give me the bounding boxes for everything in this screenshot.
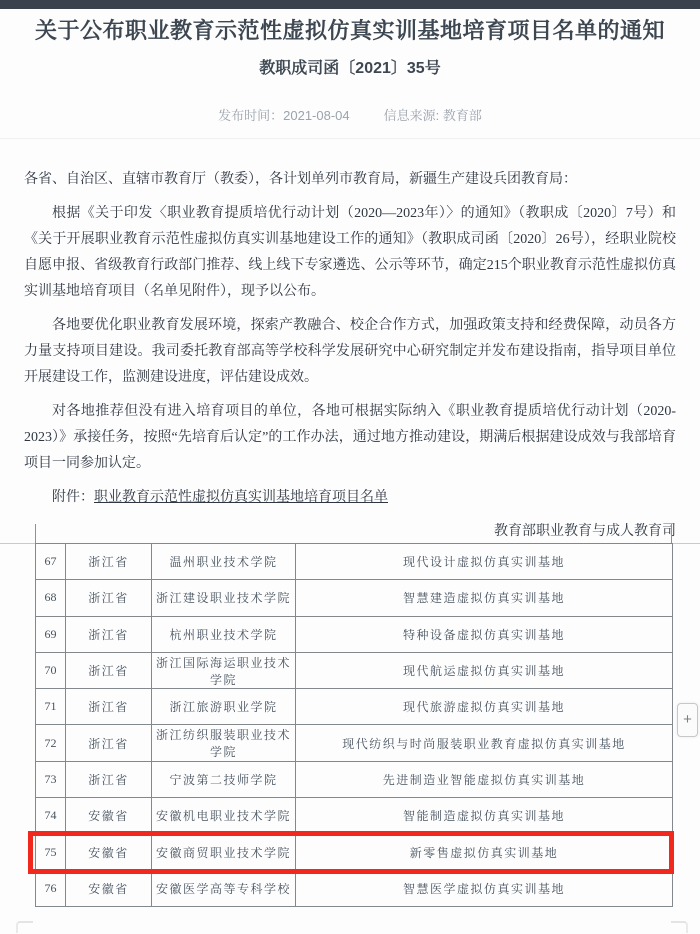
cell-project: 智能制造虚拟仿真实训基地 (296, 798, 673, 834)
cell-serial-number: 71 (36, 689, 66, 725)
cell-school: 浙江国际海运职业技术学院 (152, 652, 296, 688)
publish-info: 发布时间：2021-08-04信息来源: 教育部 (0, 105, 700, 124)
cell-project: 智慧建造虚拟仿真实训基地 (296, 580, 673, 616)
table-row[interactable]: 73 浙江省 宁波第二技师学院 先进制造业智能虚拟仿真实训基地 (36, 761, 673, 797)
publish-date: 2021-08-04 (283, 108, 350, 123)
table-row[interactable]: 68 浙江省 浙江建设职业技术学院 智慧建造虚拟仿真实训基地 (36, 580, 673, 616)
cell-school: 浙江纺织服装职业技术学院 (152, 725, 296, 761)
next-element-corner-left (16, 921, 33, 933)
cell-school: 浙江建设职业技术学院 (152, 580, 296, 616)
notice-page: 关于公布职业教育示范性虚拟仿真实训基地培育项目名单的通知 教职成司函〔2021〕… (0, 0, 700, 934)
source-label: 信息来源: (384, 108, 440, 123)
cell-school: 安徽医学高等专科学校 (152, 870, 296, 906)
attachment-line: 附件：职业教育示范性虚拟仿真实训基地培育项目名单 (24, 485, 676, 511)
table-row[interactable]: 70 浙江省 浙江国际海运职业技术学院 现代航运虚拟仿真实训基地 (36, 652, 673, 688)
cell-school: 杭州职业技术学院 (152, 616, 296, 652)
publish-time-label: 发布时间： (218, 108, 283, 123)
table-cropped-row-above (35, 524, 672, 543)
salutation: 各省、自治区、直辖市教育厅（教委），各计划单列市教育局，新疆生产建设兵团教育局： (24, 167, 676, 193)
source-value: 教育部 (443, 108, 482, 123)
cell-province: 浙江省 (66, 616, 152, 652)
cell-project: 现代设计虚拟仿真实训基地 (296, 544, 673, 580)
cell-province: 浙江省 (66, 652, 152, 688)
notice-body: 各省、自治区、直辖市教育厅（教委），各计划单列市教育局，新疆生产建设兵团教育局：… (0, 167, 700, 545)
top-bar (0, 0, 700, 9)
cell-province: 浙江省 (66, 544, 152, 580)
table-row[interactable]: 74 安徽省 安徽机电职业技术学院 智能制造虚拟仿真实训基地 (36, 798, 673, 834)
cell-serial-number: 76 (36, 870, 66, 906)
cell-project: 智慧医学虚拟仿真实训基地 (296, 870, 673, 906)
cell-serial-number: 74 (36, 798, 66, 834)
paragraph-followup: 对各地推荐但没有进入培育项目的单位，各地可根据实际纳入《职业教育提质培优行动计划… (24, 399, 676, 477)
cell-school: 浙江旅游职业学院 (152, 689, 296, 725)
cell-project: 现代航运虚拟仿真实训基地 (296, 652, 673, 688)
cell-school: 温州职业技术学院 (152, 544, 296, 580)
cell-project: 特种设备虚拟仿真实训基地 (296, 616, 673, 652)
paragraph-support: 各地要优化职业教育发展环境，探索产教融合、校企合作方式，加强政策支持和经费保障，… (24, 313, 676, 391)
cell-school: 宁波第二技师学院 (152, 761, 296, 797)
header-divider (0, 138, 700, 139)
paragraph-basis: 根据《关于印发〈职业教育提质培优行动计划（2020—2023年）〉的通知》（教职… (24, 201, 676, 305)
attachment-table-viewer: 67 浙江省 温州职业技术学院 现代设计虚拟仿真实训基地 68 浙江省 浙江建设… (35, 543, 673, 907)
cell-province: 浙江省 (66, 761, 152, 797)
attachment-label: 附件： (52, 490, 94, 505)
cell-serial-number: 67 (36, 544, 66, 580)
cell-serial-number: 69 (36, 616, 66, 652)
table-row[interactable]: 76 安徽省 安徽医学高等专科学校 智慧医学虚拟仿真实训基地 (36, 870, 673, 906)
cell-school: 安徽机电职业技术学院 (152, 798, 296, 834)
table-row-highlighted[interactable]: 75 安徽省 安徽商贸职业技术学院 新零售虚拟仿真实训基地 (36, 834, 673, 870)
cell-serial-number: 73 (36, 761, 66, 797)
cell-province: 安徽省 (66, 798, 152, 834)
table-row[interactable]: 69 浙江省 杭州职业技术学院 特种设备虚拟仿真实训基地 (36, 616, 673, 652)
cell-project: 现代旅游虚拟仿真实训基地 (296, 689, 673, 725)
cell-serial-number: 68 (36, 580, 66, 616)
cell-project: 先进制造业智能虚拟仿真实训基地 (296, 761, 673, 797)
cell-serial-number: 75 (36, 834, 66, 870)
table-row[interactable]: 72 浙江省 浙江纺织服装职业技术学院 现代纺织与时尚服装职业教育虚拟仿真实训基… (36, 725, 673, 761)
document-number: 教职成司函〔2021〕35号 (0, 55, 700, 78)
cell-province: 安徽省 (66, 870, 152, 906)
cell-project: 新零售虚拟仿真实训基地 (296, 834, 673, 870)
next-element-corner-right (671, 921, 688, 933)
cell-school: 安徽商贸职业技术学院 (152, 834, 296, 870)
cell-province: 浙江省 (66, 580, 152, 616)
cell-province: 浙江省 (66, 725, 152, 761)
cell-project: 现代纺织与时尚服装职业教育虚拟仿真实训基地 (296, 725, 673, 761)
cell-province: 安徽省 (66, 834, 152, 870)
attachment-link[interactable]: 职业教育示范性虚拟仿真实训基地培育项目名单 (94, 490, 388, 505)
table-row[interactable]: 67 浙江省 温州职业技术学院 现代设计虚拟仿真实训基地 (36, 544, 673, 580)
cell-province: 浙江省 (66, 689, 152, 725)
cell-serial-number: 70 (36, 652, 66, 688)
zoom-in-button[interactable]: + (677, 703, 698, 737)
table-row[interactable]: 71 浙江省 浙江旅游职业学院 现代旅游虚拟仿真实训基地 (36, 689, 673, 725)
project-list-table: 67 浙江省 温州职业技术学院 现代设计虚拟仿真实训基地 68 浙江省 浙江建设… (35, 543, 673, 907)
cell-serial-number: 72 (36, 725, 66, 761)
